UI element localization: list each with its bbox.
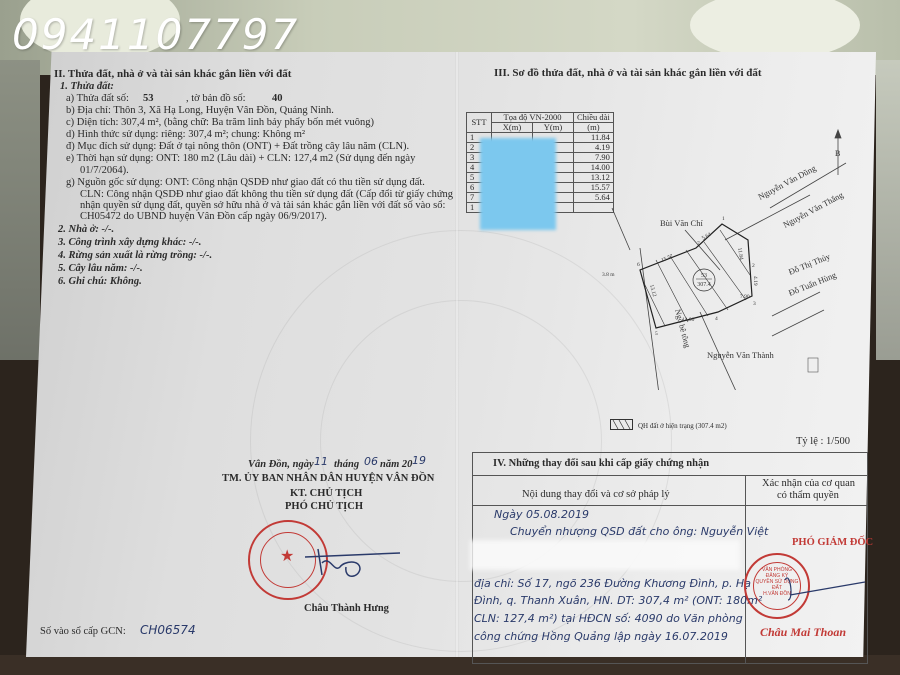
svg-text:7: 7 [697, 241, 700, 247]
svg-text:6: 6 [637, 262, 640, 268]
month-label: tháng [334, 459, 359, 471]
change-date: Ngày 05.08.2019 [494, 509, 589, 521]
svg-text:13.12: 13.12 [648, 284, 657, 298]
background-left [0, 60, 40, 360]
svg-text:5.64: 5.64 [701, 232, 713, 242]
confirm-title: PHÓ GIÁM ĐỐC [792, 537, 873, 549]
svg-text:5: 5 [655, 331, 658, 337]
signer-role-1: KT. CHỦ TỊCH [290, 488, 362, 500]
item-notes: 6. Ghi chú: Không. [58, 276, 142, 288]
parcel-heading: 1. Thửa đất: [60, 81, 114, 93]
change-address-2: Đình, q. Thanh Xuân, HN. DT: 307,4 m² (O… [474, 595, 762, 607]
term-line-1: e) Thời hạn sử dụng: ONT: 180 m2 (Lâu dà… [66, 153, 415, 165]
area: c) Diện tích: 307,4 m², (bằng chữ: Ba tr… [66, 117, 374, 129]
redacted-coordinates [480, 138, 556, 230]
item-other-structures: 3. Công trình xây dựng khác: -/-. [58, 237, 201, 249]
section-iii-title: III. Sơ đồ thửa đất, nhà ở và tài sản kh… [494, 67, 762, 79]
svg-text:7.90: 7.90 [740, 294, 750, 300]
legend-hatch-icon [610, 419, 634, 431]
col-stt: STT [467, 113, 492, 133]
col-confirm-line1: Xác nhận của cơ quan [762, 478, 855, 490]
item-house: 2. Nhà ở: -/-. [58, 224, 114, 236]
change-notary: công chứng Hồng Quảng lập ngày 16.07.201… [474, 631, 728, 643]
col-change-content: Nội dung thay đổi và cơ sở pháp lý [522, 489, 670, 501]
address: b) Địa chỉ: Thôn 3, Xã Hạ Long, Huyện Vâ… [66, 105, 334, 117]
origin-line-4: CH05472 do UBND huyện Vân Đồn cấp ngày 0… [80, 211, 327, 223]
svg-text:Nguyễn Văn Thành: Nguyễn Văn Thành [707, 350, 774, 360]
change-address-1: địa chỉ: Số 17, ngõ 236 Đường Khương Đìn… [474, 578, 751, 590]
usage-form: d) Hình thức sử dụng: riêng: 307,4 m²; c… [66, 129, 305, 141]
svg-text:307.4: 307.4 [697, 282, 711, 288]
svg-text:53: 53 [701, 273, 707, 279]
year-label: năm 20 [380, 459, 412, 471]
col-confirm-line2: có thẩm quyền [777, 490, 839, 502]
signing-month: 06 [364, 456, 378, 468]
origin-line-1: g) Nguồn gốc sử dụng: ONT: Công nhận QSD… [66, 177, 425, 189]
signer-role-2: PHÓ CHỦ TỊCH [285, 501, 363, 513]
col-x: X(m) [492, 123, 533, 133]
svg-text:15.57: 15.57 [661, 254, 675, 264]
section-iv-title: IV. Những thay đổi sau khi cấp giấy chứn… [493, 458, 709, 470]
item-planted-forest: 4. Rừng sản xuất là rừng trồng: -/-. [58, 250, 212, 262]
col-y: Y(m) [533, 123, 574, 133]
svg-text:Bùi Văn Chí: Bùi Văn Chí [660, 218, 703, 228]
confirm-signature-icon [780, 570, 870, 610]
signing-year: 19 [412, 455, 426, 467]
svg-text:2: 2 [752, 263, 755, 269]
registry-number: CH06574 [140, 624, 196, 636]
svg-text:4.19: 4.19 [752, 276, 758, 286]
parcel-map: 53 307.4 B Nguyễn Văn Dũng Bùi Văn Chí N… [600, 100, 860, 390]
section-ii-title: II. Thửa đất, nhà ở và tài sản khác gắn … [54, 68, 291, 80]
map-legend: QH đất ở hiện trạng (307.4 m2) [638, 420, 727, 432]
svg-text:3: 3 [753, 301, 756, 307]
change-transfer: Chuyển nhượng QSD đất cho ông: Nguyễn Vi… [510, 526, 768, 538]
phone-overlay: 0941107797 [12, 10, 299, 59]
redacted-text [470, 540, 740, 570]
map-scale: Tỷ lệ : 1/500 [796, 436, 850, 448]
svg-text:4: 4 [715, 316, 718, 322]
svg-text:3.8 m: 3.8 m [602, 272, 615, 278]
confirm-name: Châu Mai Thoan [760, 626, 846, 638]
change-contract: CLN: 127,4 m²) tại HĐCN số: 4090 do Văn … [474, 613, 743, 625]
signing-day: 11 [314, 456, 328, 468]
svg-text:11.84: 11.84 [736, 247, 744, 260]
svg-text:B: B [835, 149, 840, 158]
signer-name: Châu Thành Hưng [304, 603, 389, 615]
svg-text:14.00: 14.00 [682, 317, 695, 323]
background-right [876, 60, 900, 360]
map-sheet-label: , tờ bản đồ số: [186, 93, 246, 105]
map-sheet-number: 40 [272, 93, 283, 105]
purpose: đ) Mục đích sử dụng: Đất ở tại nông thôn… [66, 141, 409, 153]
svg-text:1: 1 [722, 216, 725, 222]
col-coord: Tọa độ VN-2000 [492, 113, 574, 123]
signature-icon [300, 545, 410, 585]
svg-text:Ngõ bê tông: Ngõ bê tông [673, 308, 692, 349]
item-perennial-trees: 5. Cây lâu năm: -/-. [58, 263, 143, 275]
signing-place: Vân Đồn, ngày [248, 459, 314, 471]
registry-label: Số vào sổ cấp GCN: [40, 626, 126, 638]
term-line-2: 01/7/2064). [80, 165, 129, 177]
parcel-number-label: a) Thửa đất số: [66, 93, 129, 105]
page-fold [455, 52, 459, 657]
issuing-authority: TM. ỦY BAN NHÂN DÂN HUYỆN VÂN ĐỒN [222, 473, 434, 485]
parcel-number: 53 [143, 93, 154, 105]
